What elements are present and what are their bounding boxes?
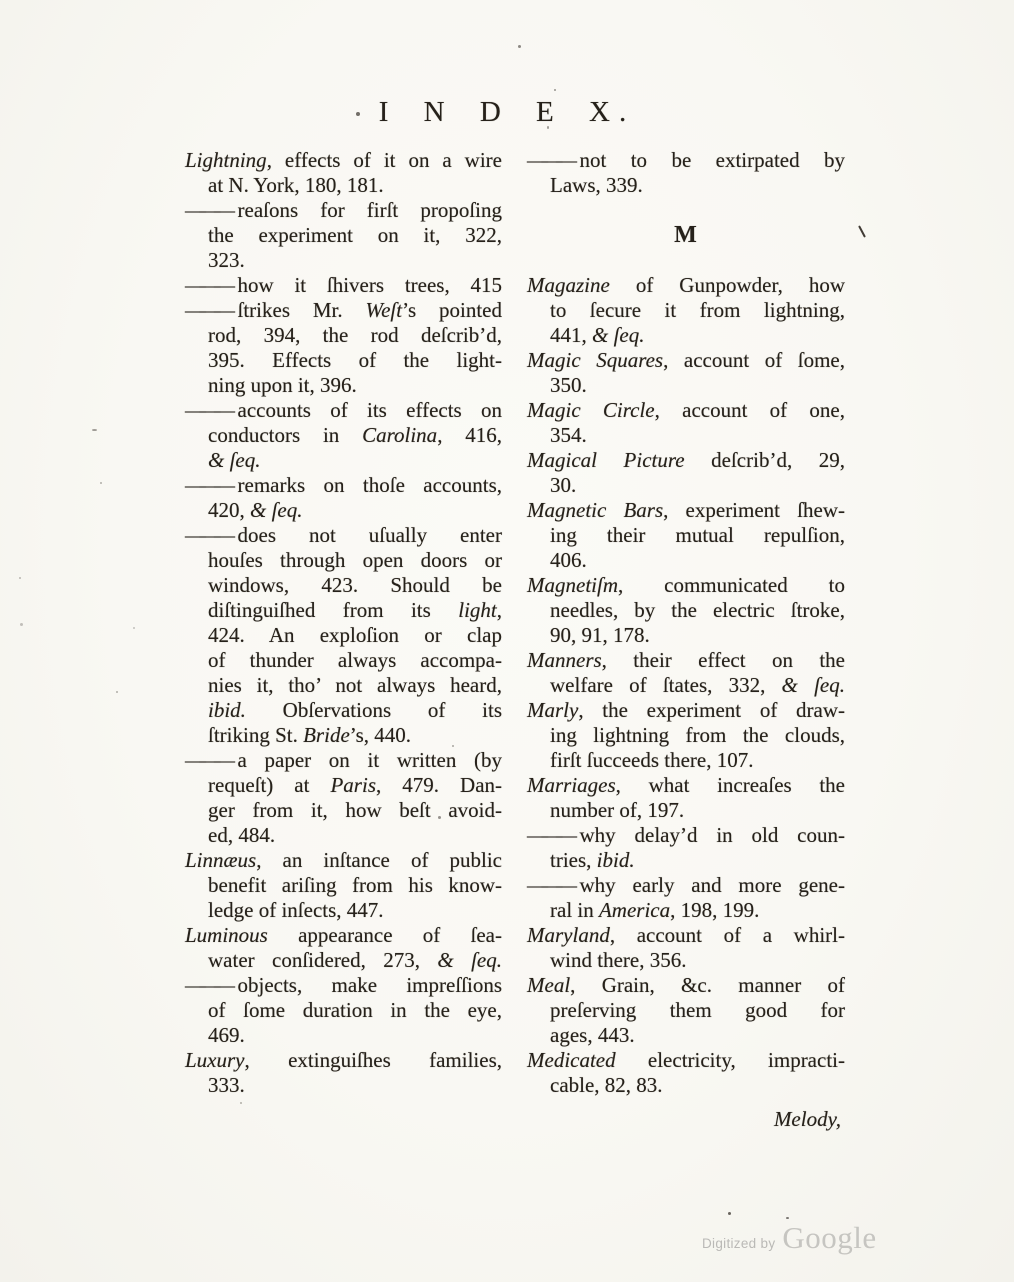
italic-text: Lightning xyxy=(185,148,267,172)
text: 350. xyxy=(550,373,587,397)
ink-speck xyxy=(19,577,21,579)
text: deſcrib’d, 29, xyxy=(685,448,845,472)
catchword: Melody, xyxy=(527,1107,845,1132)
index-line: wind there, 356. xyxy=(527,948,845,973)
index-line: tries, ibid. xyxy=(527,848,845,873)
entry-dash: ——— xyxy=(185,748,229,772)
index-line: 90, 91, 178. xyxy=(527,623,845,648)
ink-speck xyxy=(133,627,135,629)
index-line: Lightning, effects of it on a wire xyxy=(185,148,502,173)
blank-line xyxy=(527,248,845,273)
text: the experiment on it, 322, xyxy=(208,223,502,247)
index-line: & ſeq. xyxy=(185,448,502,473)
text: , 479. Dan- xyxy=(376,773,502,797)
text: firſt ſucceeds there, 107. xyxy=(550,748,754,772)
index-line: ledge of inſects, 447. xyxy=(185,898,502,923)
index-line: of ſome duration in the eye, xyxy=(185,998,502,1023)
index-line: ing lightning from the clouds, xyxy=(527,723,845,748)
text: , account of a whirl- xyxy=(610,923,845,947)
text: ed, 484. xyxy=(208,823,275,847)
text: why delay’d in old coun- xyxy=(580,823,846,847)
italic-text: Luxury xyxy=(185,1048,245,1072)
text: 333. xyxy=(208,1073,245,1097)
text: accounts of its effects on xyxy=(238,398,503,422)
text: ledge of inſects, 447. xyxy=(208,898,384,922)
text: objects, make impreſſions xyxy=(238,973,503,997)
text: not to be extirpated by xyxy=(580,148,846,172)
scratch-mark xyxy=(858,225,866,237)
ink-speck xyxy=(452,745,454,747)
italic-text: ibid. xyxy=(597,848,635,872)
index-line: 323. xyxy=(185,248,502,273)
index-line: windows, 423. Should be xyxy=(185,573,502,598)
text: Obſervations of its xyxy=(246,698,502,722)
index-line: Laws, 339. xyxy=(527,173,845,198)
text: 469. xyxy=(208,1023,245,1047)
text: M xyxy=(674,222,698,248)
index-line: 333. xyxy=(185,1073,502,1098)
text: ning upon it, 396. xyxy=(208,373,357,397)
index-line: Magnetic Bars, experiment ſhew- xyxy=(527,498,845,523)
ink-speck xyxy=(438,816,441,819)
book-page: I N D E X. Lightning, effects of it on a… xyxy=(0,0,1014,1282)
index-line: to ſecure it from lightning, xyxy=(527,298,845,323)
index-line: Maryland, account of a whirl- xyxy=(527,923,845,948)
index-line: ing their mutual repulſion, xyxy=(527,523,845,548)
index-line: Magic Circle, account of one, xyxy=(527,398,845,423)
text: 30. xyxy=(550,473,576,497)
entry-dash: ——— xyxy=(185,273,229,297)
text: water conſidered, 273, xyxy=(208,948,437,972)
index-line: Luxury, extinguiſhes families, xyxy=(185,1048,502,1073)
index-line: ———not to be extirpated by xyxy=(527,148,845,173)
google-logo: Google xyxy=(782,1220,876,1256)
text: reaſons for firſt propoſing xyxy=(238,198,503,222)
text: , what increaſes the xyxy=(616,773,845,797)
italic-text: Melody, xyxy=(774,1107,841,1131)
text: a paper on it written (by xyxy=(238,748,503,772)
index-line: ———a paper on it written (by xyxy=(185,748,502,773)
italic-text: & ſeq. xyxy=(782,673,845,697)
italic-text: Magical Picture xyxy=(527,448,685,472)
entry-dash: ——— xyxy=(185,973,229,997)
index-line: benefit ariſing from his know- xyxy=(185,873,502,898)
text: rod, 394, the rod deſcrib’d, xyxy=(208,323,502,347)
text: , Grain, &c. manner of xyxy=(570,973,845,997)
index-line: ———remarks on thoſe accounts, xyxy=(185,473,502,498)
text: , communicated to xyxy=(618,573,845,597)
ink-speck xyxy=(547,126,549,129)
text: ’s pointed xyxy=(402,298,502,322)
index-line: Marriages, what increaſes the xyxy=(527,773,845,798)
index-line: Marly, the experiment of draw- xyxy=(527,698,845,723)
italic-text: Luminous xyxy=(185,923,268,947)
italic-text: Maryland xyxy=(527,923,610,947)
index-line: 420, & ſeq. xyxy=(185,498,502,523)
text: of Gunpowder, how xyxy=(610,273,845,297)
text: , account of ſome, xyxy=(663,348,845,372)
index-line: ———why early and more gene- xyxy=(527,873,845,898)
index-line: Magazine of Gunpowder, how xyxy=(527,273,845,298)
text: ral in xyxy=(550,898,599,922)
text: 441, xyxy=(550,323,592,347)
italic-text: Carolina xyxy=(362,423,437,447)
index-line: ———objects, make impreſſions xyxy=(185,973,502,998)
text: preſerving them good for xyxy=(550,998,845,1022)
index-line: water conſidered, 273, & ſeq. xyxy=(185,948,502,973)
index-line: Magical Picture deſcrib’d, 29, xyxy=(527,448,845,473)
entry-dash: ——— xyxy=(185,523,229,547)
index-line: 406. xyxy=(527,548,845,573)
index-line: ſtriking St. Bride’s, 440. xyxy=(185,723,502,748)
italic-text: Marly xyxy=(527,698,578,722)
ink-speck xyxy=(728,1212,731,1215)
index-line: ages, 443. xyxy=(527,1023,845,1048)
entry-dash: ——— xyxy=(527,148,571,172)
italic-text: Manners xyxy=(527,648,602,672)
text: ſtriking St. xyxy=(208,723,303,747)
italic-text: Magic Squares xyxy=(527,348,663,372)
text: does not uſually enter xyxy=(238,523,503,547)
watermark: Digitized by Google xyxy=(702,1220,877,1256)
index-line: the experiment on it, 322, xyxy=(185,223,502,248)
index-line: diſtinguiſhed from its light, xyxy=(185,598,502,623)
index-line: ———reaſons for firſt propoſing xyxy=(185,198,502,223)
entry-dash: ——— xyxy=(185,398,229,422)
italic-text: Linnæus xyxy=(185,848,256,872)
text: , 416, xyxy=(437,423,502,447)
index-line: ger from it, how beſt avoid- xyxy=(185,798,502,823)
italic-text: Meal xyxy=(527,973,570,997)
italic-text: & ſeq. xyxy=(250,498,303,522)
text: of ſome duration in the eye, xyxy=(208,998,502,1022)
text: , experiment ſhew- xyxy=(663,498,845,522)
text: , their effect on the xyxy=(602,648,845,672)
text: requeſt) at xyxy=(208,773,330,797)
text: 424. An exploſion or clap xyxy=(208,623,502,647)
index-line: needles, by the electric ſtroke, xyxy=(527,598,845,623)
ink-speck xyxy=(116,691,118,693)
italic-text: Weſt xyxy=(366,298,403,322)
index-line: Magnetiſm, communicated to xyxy=(527,573,845,598)
italic-text: Medicated xyxy=(527,1048,616,1072)
index-line: number of, 197. xyxy=(527,798,845,823)
text: , extinguiſhes families, xyxy=(245,1048,503,1072)
italic-text: & ſeq. xyxy=(208,448,261,472)
text: of thunder always accompa- xyxy=(208,648,502,672)
index-line: Manners, their effect on the xyxy=(527,648,845,673)
italic-text: Bride xyxy=(303,723,350,747)
index-line: welfare of ſtates, 332, & ſeq. xyxy=(527,673,845,698)
text: 420, xyxy=(208,498,250,522)
text: , the experiment of draw- xyxy=(578,698,845,722)
text: houſes through open doors or xyxy=(208,548,502,572)
index-line: Luminous appearance of ſea- xyxy=(185,923,502,948)
text: 406. xyxy=(550,548,587,572)
italic-text: ibid. xyxy=(208,698,246,722)
index-line: ———does not uſually enter xyxy=(185,523,502,548)
italic-text: & ſeq. xyxy=(437,948,502,972)
index-line: preſerving them good for xyxy=(527,998,845,1023)
index-line: Medicated electricity, impracti- xyxy=(527,1048,845,1073)
section-heading: M xyxy=(527,223,845,248)
index-line: ———why delay’d in old coun- xyxy=(527,823,845,848)
ink-speck xyxy=(786,1217,789,1219)
text: conductors in xyxy=(208,423,362,447)
entry-dash: ——— xyxy=(527,823,571,847)
index-line: ral in America, 198, 199. xyxy=(527,898,845,923)
text: ’s, 440. xyxy=(350,723,411,747)
text: number of, 197. xyxy=(550,798,684,822)
entry-dash: ——— xyxy=(185,473,229,497)
index-line: at N. York, 180, 181. xyxy=(185,173,502,198)
index-line: 354. xyxy=(527,423,845,448)
text: 323. xyxy=(208,248,245,272)
ink-speck xyxy=(518,45,521,48)
ink-speck xyxy=(356,112,360,116)
text: to ſecure it from lightning, xyxy=(550,298,845,322)
index-line: 395. Effects of the light- xyxy=(185,348,502,373)
text: , effects of it on a wire xyxy=(267,148,502,172)
text: ſtrikes Mr. xyxy=(238,298,366,322)
index-column-right: ———not to be extirpated byLaws, 339.MMag… xyxy=(527,148,845,1132)
text: nies it, tho’ not always heard, xyxy=(208,673,502,697)
text: cable, 82, 83. xyxy=(550,1073,663,1097)
text: windows, 423. Should be xyxy=(208,573,502,597)
text: electricity, impracti- xyxy=(616,1048,845,1072)
text: welfare of ſtates, 332, xyxy=(550,673,782,697)
index-line: 469. xyxy=(185,1023,502,1048)
entry-dash: ——— xyxy=(185,298,229,322)
blank-line xyxy=(527,198,845,223)
index-line: ———how it ſhivers trees, 415 xyxy=(185,273,502,298)
index-line: Meal, Grain, &c. manner of xyxy=(527,973,845,998)
index-line: Linnæus, an inſtance of public xyxy=(185,848,502,873)
index-line: houſes through open doors or xyxy=(185,548,502,573)
index-line: 30. xyxy=(527,473,845,498)
italic-text: Magnetiſm xyxy=(527,573,618,597)
index-line: rod, 394, the rod deſcrib’d, xyxy=(185,323,502,348)
italic-text: Magic Circle xyxy=(527,398,655,422)
text: 90, 91, 178. xyxy=(550,623,650,647)
entry-dash: ——— xyxy=(185,198,229,222)
index-line: ed, 484. xyxy=(185,823,502,848)
text: tries, xyxy=(550,848,597,872)
text: ages, 443. xyxy=(550,1023,635,1047)
index-line: nies it, tho’ not always heard, xyxy=(185,673,502,698)
text: , xyxy=(497,598,502,622)
text: 354. xyxy=(550,423,587,447)
text: ing lightning from the clouds, xyxy=(550,723,845,747)
ink-speck xyxy=(92,429,97,431)
text: , account of one, xyxy=(655,398,845,422)
index-line: Magic Squares, account of ſome, xyxy=(527,348,845,373)
index-line: ———accounts of its effects on xyxy=(185,398,502,423)
index-column-left: Lightning, effects of it on a wireat N. … xyxy=(185,148,502,1098)
index-line: 424. An exploſion or clap xyxy=(185,623,502,648)
text: why early and more gene- xyxy=(580,873,846,897)
watermark-prefix: Digitized by xyxy=(702,1236,775,1251)
text: at N. York, 180, 181. xyxy=(208,173,384,197)
text: ing their mutual repulſion, xyxy=(550,523,845,547)
index-line: ———ſtrikes Mr. Weſt’s pointed xyxy=(185,298,502,323)
text: remarks on thoſe accounts, xyxy=(238,473,503,497)
text: ger from it, how beſt avoid- xyxy=(208,798,502,822)
text: benefit ariſing from his know- xyxy=(208,873,502,897)
index-line: 350. xyxy=(527,373,845,398)
ink-speck xyxy=(20,623,23,626)
text: wind there, 356. xyxy=(550,948,686,972)
italic-text: Marriages xyxy=(527,773,616,797)
index-line: cable, 82, 83. xyxy=(527,1073,845,1098)
italic-text: Paris xyxy=(330,773,376,797)
text: 395. Effects of the light- xyxy=(208,348,502,372)
index-line: conductors in Carolina, 416, xyxy=(185,423,502,448)
text: , 198, 199. xyxy=(670,898,759,922)
index-line: ibid. Obſervations of its xyxy=(185,698,502,723)
entry-dash: ——— xyxy=(527,873,571,897)
ink-speck xyxy=(554,89,556,91)
text: diſtinguiſhed from its xyxy=(208,598,458,622)
index-line: 441, & ſeq. xyxy=(527,323,845,348)
text: Laws, 339. xyxy=(550,173,643,197)
index-line: firſt ſucceeds there, 107. xyxy=(527,748,845,773)
italic-text: America xyxy=(599,898,670,922)
italic-text: Magnetic Bars xyxy=(527,498,663,522)
page-title: I N D E X. xyxy=(0,97,1014,127)
text: , an inſtance of public xyxy=(256,848,502,872)
index-line: requeſt) at Paris, 479. Dan- xyxy=(185,773,502,798)
ink-speck xyxy=(100,482,102,484)
ink-speck xyxy=(240,1102,242,1104)
text: needles, by the electric ſtroke, xyxy=(550,598,845,622)
text: how it ſhivers trees, 415 xyxy=(238,273,503,297)
italic-text: & ſeq. xyxy=(592,323,645,347)
index-line: of thunder always accompa- xyxy=(185,648,502,673)
italic-text: light xyxy=(458,598,497,622)
index-line: ning upon it, 396. xyxy=(185,373,502,398)
text: appearance of ſea- xyxy=(268,923,502,947)
italic-text: Magazine xyxy=(527,273,610,297)
